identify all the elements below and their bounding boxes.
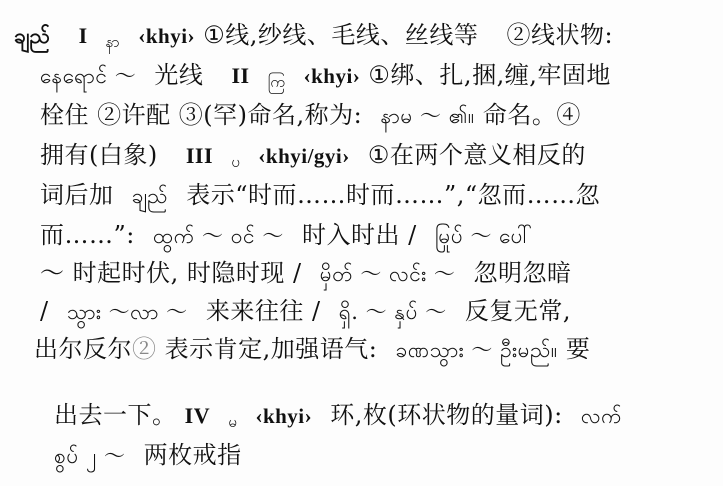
example-myanmar: နာမ ～ ၏။ (380, 104, 474, 128)
entry-line-6: 而……”: ထွက် ～ ဝင် ～ 时入时出 / မြုပ် ～ ပေါ် (40, 220, 533, 251)
entry-line-3: 栓住 ②许配 ③(罕)命名,称为: နာမ ～ ၏။ 命名。④ (40, 100, 581, 131)
pronunciation: ‹khyi› (304, 64, 361, 88)
translation: 两枚戒指 (144, 441, 242, 469)
translation: 来来往往 / (206, 297, 321, 325)
example-myanmar: မှိတ် ～ လင်း ～ (320, 262, 456, 286)
translation: 出尔反尔 (34, 335, 132, 363)
sense-number: ② (132, 335, 157, 363)
translation: 光线 (154, 61, 203, 89)
translation: 时入时出 / (302, 221, 417, 249)
example-myanmar: စွပ် ၂ ～ (54, 444, 125, 468)
definition: 拥有(白象) (40, 141, 158, 169)
entry-line-4: 拥有(白象) III ပ ‹khyi/gyi› ①在两个意义相反的 (40, 140, 586, 177)
definition: 而……”: (40, 221, 135, 249)
entry-line-2: နေရောင် ～ 光线 II ကြ ‹khyi› ①绑、扎,捆,缠,牢固地 (40, 60, 611, 97)
definition: ①在两个意义相反的 (368, 141, 586, 169)
entry-line-9: 出尔反尔② 表示肯定,加强语气: ခဏသွား ～ ဦးမည်။ 要 (34, 334, 590, 365)
translation: 命名。④ (483, 101, 581, 129)
example-myanmar: သွား ～လာ ～ (67, 300, 188, 324)
translation: 反复无常, (465, 297, 571, 325)
translation: ～ 时起时伏, 时隐时现 / (40, 259, 302, 287)
definition: 栓住 ②许配 ③(罕)命名,称为: (40, 101, 362, 129)
translation: 出去一下。 (54, 401, 177, 429)
entry-line-10: 出去一下。 IV မ ‹khyi› 环,枚(环状物的量词): လက် (54, 400, 622, 437)
headword-inline: ချည် (132, 184, 168, 208)
sense-numeral: II (231, 63, 249, 88)
pronunciation: ‹khyi/gyi› (258, 144, 349, 168)
translation: 要 (566, 335, 591, 363)
example-myanmar: မြုပ် ～ ပေါ် (435, 224, 533, 248)
example-myanmar: နေရောင် ～ (40, 64, 136, 88)
sense-numeral: I (79, 23, 88, 48)
definition: ①线,纱线、毛线、丝线等 (203, 21, 478, 49)
definition: 环,枚(环状物的量词): (330, 401, 562, 429)
example-myanmar: ရှိ. ～ နှပ် ～ (339, 300, 447, 324)
sense-numeral: IV (185, 403, 210, 428)
dictionary-page: ချည် I နာ ‹khyi› ①线,纱线、毛线、丝线等 ②线状物: နေရေ… (0, 0, 723, 486)
headword: ချည် (14, 23, 50, 48)
part-of-speech: ပ (231, 153, 240, 171)
part-of-speech: မ (228, 413, 237, 431)
translation: 忽明忽暗 (474, 259, 572, 287)
definition: ②线状物: (506, 21, 613, 49)
pronunciation: ‹khyi› (255, 404, 312, 428)
entry-line-5: 词后加 ချည် 表示“时而……时而……”,“忽而……忽 (40, 180, 600, 211)
part-of-speech: နာ (106, 33, 120, 51)
separator: / (40, 297, 49, 325)
example-myanmar: ထွက် ～ ဝင် ～ (153, 224, 284, 248)
definition: 表示“时而……时而……”,“忽而……忽 (186, 181, 600, 209)
definition: 词后加 (40, 181, 114, 209)
part-of-speech: ကြ (268, 73, 286, 91)
entry-line-7: ～ 时起时伏, 时隐时现 / မှိတ် ～ လင်း ～ 忽明忽暗 (40, 258, 572, 289)
entry-line-11: စွပ် ၂ ～ 两枚戒指 (54, 440, 242, 471)
entry-line-1: ချည် I နာ ‹khyi› ①线,纱线、毛线、丝线等 ②线状物: (14, 20, 613, 57)
pronunciation: ‹khyi› (138, 24, 195, 48)
definition: 表示肯定,加强语气: (165, 335, 378, 363)
entry-line-8: / သွား ～လာ ～ 来来往往 / ရှိ. ～ နှပ် ～ 反复无常, (40, 296, 571, 327)
sense-numeral: III (186, 143, 213, 168)
example-myanmar: ခဏသွား ～ ဦးမည်။ (396, 338, 558, 362)
example-myanmar: လက် (581, 404, 622, 428)
definition: ①绑、扎,捆,缠,牢固地 (368, 61, 610, 89)
